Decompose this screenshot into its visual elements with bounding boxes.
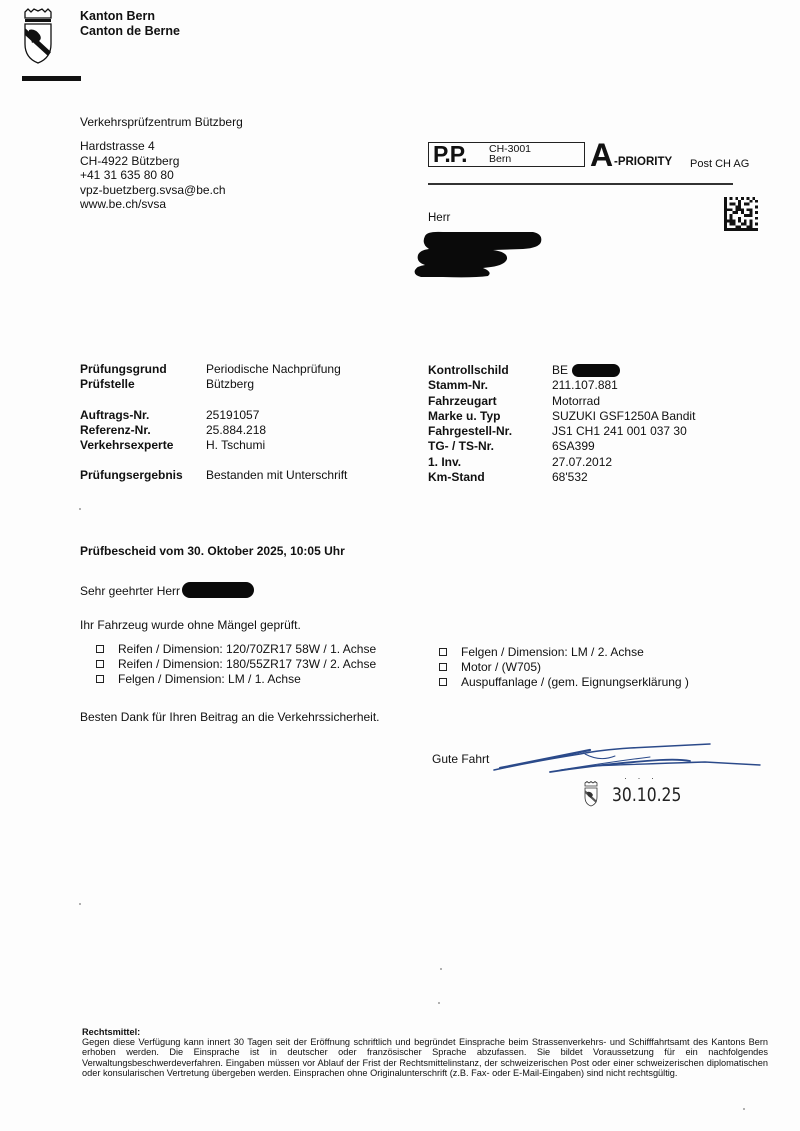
scan-speck — [440, 968, 442, 970]
info-value: 6SA399 — [552, 439, 595, 454]
info-value: 25.884.218 — [206, 423, 266, 438]
info-value: BE — [552, 363, 568, 378]
checklist-item-text: Felgen / Dimension: LM / 1. Achse — [118, 672, 301, 687]
spacer — [80, 393, 347, 408]
stamp-date: 30.10.25 — [612, 784, 681, 806]
info-value: SUZUKI GSF1250A Bandit — [552, 409, 695, 424]
sender-organization: Verkehrsprüfzentrum Bützberg — [80, 115, 243, 129]
info-label: Verkehrsexperte — [80, 438, 206, 453]
info-label: Prüfungsergebnis — [80, 468, 206, 483]
info-row-inverkehrsetzung: 1. Inv.27.07.2012 — [428, 455, 695, 470]
info-label: Referenz-Nr. — [80, 423, 206, 438]
sender-address: Hardstrasse 4 CH-4922 Bützberg +41 31 63… — [80, 139, 226, 212]
checklist-item: Felgen / Dimension: LM / 1. Achse — [96, 672, 376, 687]
legal-text: Gegen diese Verfügung kann innert 30 Tag… — [82, 1037, 768, 1079]
checklist-item: Auspuffanlage / (gem. Eignungserklärung … — [439, 675, 689, 690]
info-label: Km-Stand — [428, 470, 552, 485]
info-row-pruefstelle: PrüfstelleBützberg — [80, 377, 347, 392]
carrier-name: Post CH AG — [690, 158, 749, 170]
closing-text: Gute Fahrt — [432, 752, 489, 766]
info-value: 25191057 — [206, 408, 259, 423]
decision-title: Prüfbescheid vom 30. Oktober 2025, 10:05… — [80, 544, 345, 558]
plate-redaction — [572, 364, 620, 377]
info-row-fahrgestell-nr: Fahrgestell-Nr.JS1 CH1 241 001 037 30 — [428, 424, 695, 439]
legal-title: Rechtsmittel: — [82, 1027, 140, 1037]
postal-divider — [428, 183, 733, 185]
checklist-item-text: Motor / (W705) — [461, 660, 541, 675]
info-row-kontrollschild: KontrollschildBE — [428, 363, 695, 378]
info-value: Bestanden mit Unterschrift — [206, 468, 347, 483]
pp-label: P.P. — [433, 142, 467, 167]
info-row-pruefungsergebnis: PrüfungsergebnisBestanden mit Unterschri… — [80, 468, 347, 483]
info-label: Stamm-Nr. — [428, 378, 552, 393]
info-row-marke-typ: Marke u. TypSUZUKI GSF1250A Bandit — [428, 409, 695, 424]
recipient-address-redaction — [413, 230, 543, 278]
checklist-item-text: Auspuffanlage / (gem. Eignungserklärung … — [461, 675, 689, 690]
checklist-item: Motor / (W705) — [439, 660, 689, 675]
info-value: Bützberg — [206, 377, 254, 392]
recipient-salutation: Herr — [428, 212, 450, 224]
priority-letter: A — [590, 139, 612, 171]
header-divider — [22, 76, 81, 81]
scan-speck — [79, 903, 81, 905]
checkbox-icon — [439, 663, 447, 671]
info-row-referenz-nr: Referenz-Nr.25.884.218 — [80, 423, 347, 438]
checklist-item: Felgen / Dimension: LM / 2. Achse — [439, 645, 689, 660]
greeting-name-redaction — [182, 582, 254, 598]
info-row-tg-ts-nr: TG- / TS-Nr.6SA399 — [428, 439, 695, 454]
canton-name-fr: Canton de Berne — [80, 24, 180, 39]
info-value: JS1 CH1 241 001 037 30 — [552, 424, 687, 439]
vehicle-details-right: KontrollschildBE Stamm-Nr.211.107.881 Fa… — [428, 363, 695, 485]
checkbox-icon — [439, 678, 447, 686]
checkbox-icon — [96, 645, 104, 653]
info-value: 211.107.881 — [552, 378, 618, 393]
info-label: Marke u. Typ — [428, 409, 552, 424]
info-row-fahrzeugart: FahrzeugartMotorrad — [428, 394, 695, 409]
info-value: Periodische Nachprüfung — [206, 362, 341, 377]
stamp-coat-of-arms-icon — [583, 781, 599, 807]
info-row-auftrags-nr: Auftrags-Nr.25191057 — [80, 408, 347, 423]
scan-speck — [743, 1108, 745, 1110]
canton-bern-coat-of-arms-icon — [22, 8, 54, 64]
datamatrix-code-icon — [723, 197, 759, 231]
info-row-verkehrsexperte: VerkehrsexperteH. Tschumi — [80, 438, 347, 453]
checkbox-icon — [96, 660, 104, 668]
checklist-item-text: Reifen / Dimension: 120/70ZR17 58W / 1. … — [118, 642, 376, 657]
canton-name-de: Kanton Bern — [80, 9, 180, 24]
checklist-item-text: Felgen / Dimension: LM / 2. Achse — [461, 645, 644, 660]
checkbox-icon — [439, 648, 447, 656]
sender-email: vpz-buetzberg.svsa@be.ch — [80, 183, 226, 198]
sender-street: Hardstrasse 4 — [80, 139, 226, 154]
checkbox-icon — [96, 675, 104, 683]
checklist-item: Reifen / Dimension: 120/70ZR17 58W / 1. … — [96, 642, 376, 657]
info-row-stamm-nr: Stamm-Nr.211.107.881 — [428, 378, 695, 393]
pp-place: CH-3001 Bern — [489, 144, 531, 164]
sender-phone: +41 31 635 80 80 — [80, 168, 226, 183]
info-value: 27.07.2012 — [552, 455, 612, 470]
info-label: Kontrollschild — [428, 363, 552, 378]
thanks-text: Besten Dank für Ihren Beitrag an die Ver… — [80, 710, 380, 724]
sender-city: CH-4922 Bützberg — [80, 154, 226, 169]
checklist-item: Reifen / Dimension: 180/55ZR17 73W / 2. … — [96, 657, 376, 672]
sender-website: www.be.ch/svsa — [80, 197, 226, 212]
spacer — [80, 453, 347, 468]
info-label: Auftrags-Nr. — [80, 408, 206, 423]
info-label: TG- / TS-Nr. — [428, 439, 552, 454]
checklist-item-text: Reifen / Dimension: 180/55ZR17 73W / 2. … — [118, 657, 376, 672]
checklist-left: Reifen / Dimension: 120/70ZR17 58W / 1. … — [96, 642, 376, 686]
info-label: 1. Inv. — [428, 455, 552, 470]
checklist-right: Felgen / Dimension: LM / 2. Achse Motor … — [439, 645, 689, 689]
priority-label: -PRIORITY — [614, 156, 672, 168]
info-row-km-stand: Km-Stand68'532 — [428, 470, 695, 485]
info-label: Prüfstelle — [80, 377, 206, 392]
greeting: Sehr geehrter Herr — [80, 584, 180, 598]
info-label: Fahrgestell-Nr. — [428, 424, 552, 439]
info-value: Motorrad — [552, 394, 600, 409]
info-label: Fahrzeugart — [428, 394, 552, 409]
info-label: Prüfungsgrund — [80, 362, 206, 377]
intro-text: Ihr Fahrzeug wurde ohne Mängel geprüft. — [80, 618, 301, 632]
scan-speck — [79, 508, 81, 510]
stamp-marks: · · · — [624, 773, 658, 783]
canton-name: Kanton Bern Canton de Berne — [80, 9, 180, 39]
pp-city: Bern — [489, 154, 531, 164]
info-value: H. Tschumi — [206, 438, 265, 453]
info-row-pruefungsgrund: PrüfungsgrundPeriodische Nachprüfung — [80, 362, 347, 377]
inspection-details-left: PrüfungsgrundPeriodische Nachprüfung Prü… — [80, 362, 347, 484]
info-value: 68'532 — [552, 470, 588, 485]
scan-speck — [438, 1002, 440, 1004]
